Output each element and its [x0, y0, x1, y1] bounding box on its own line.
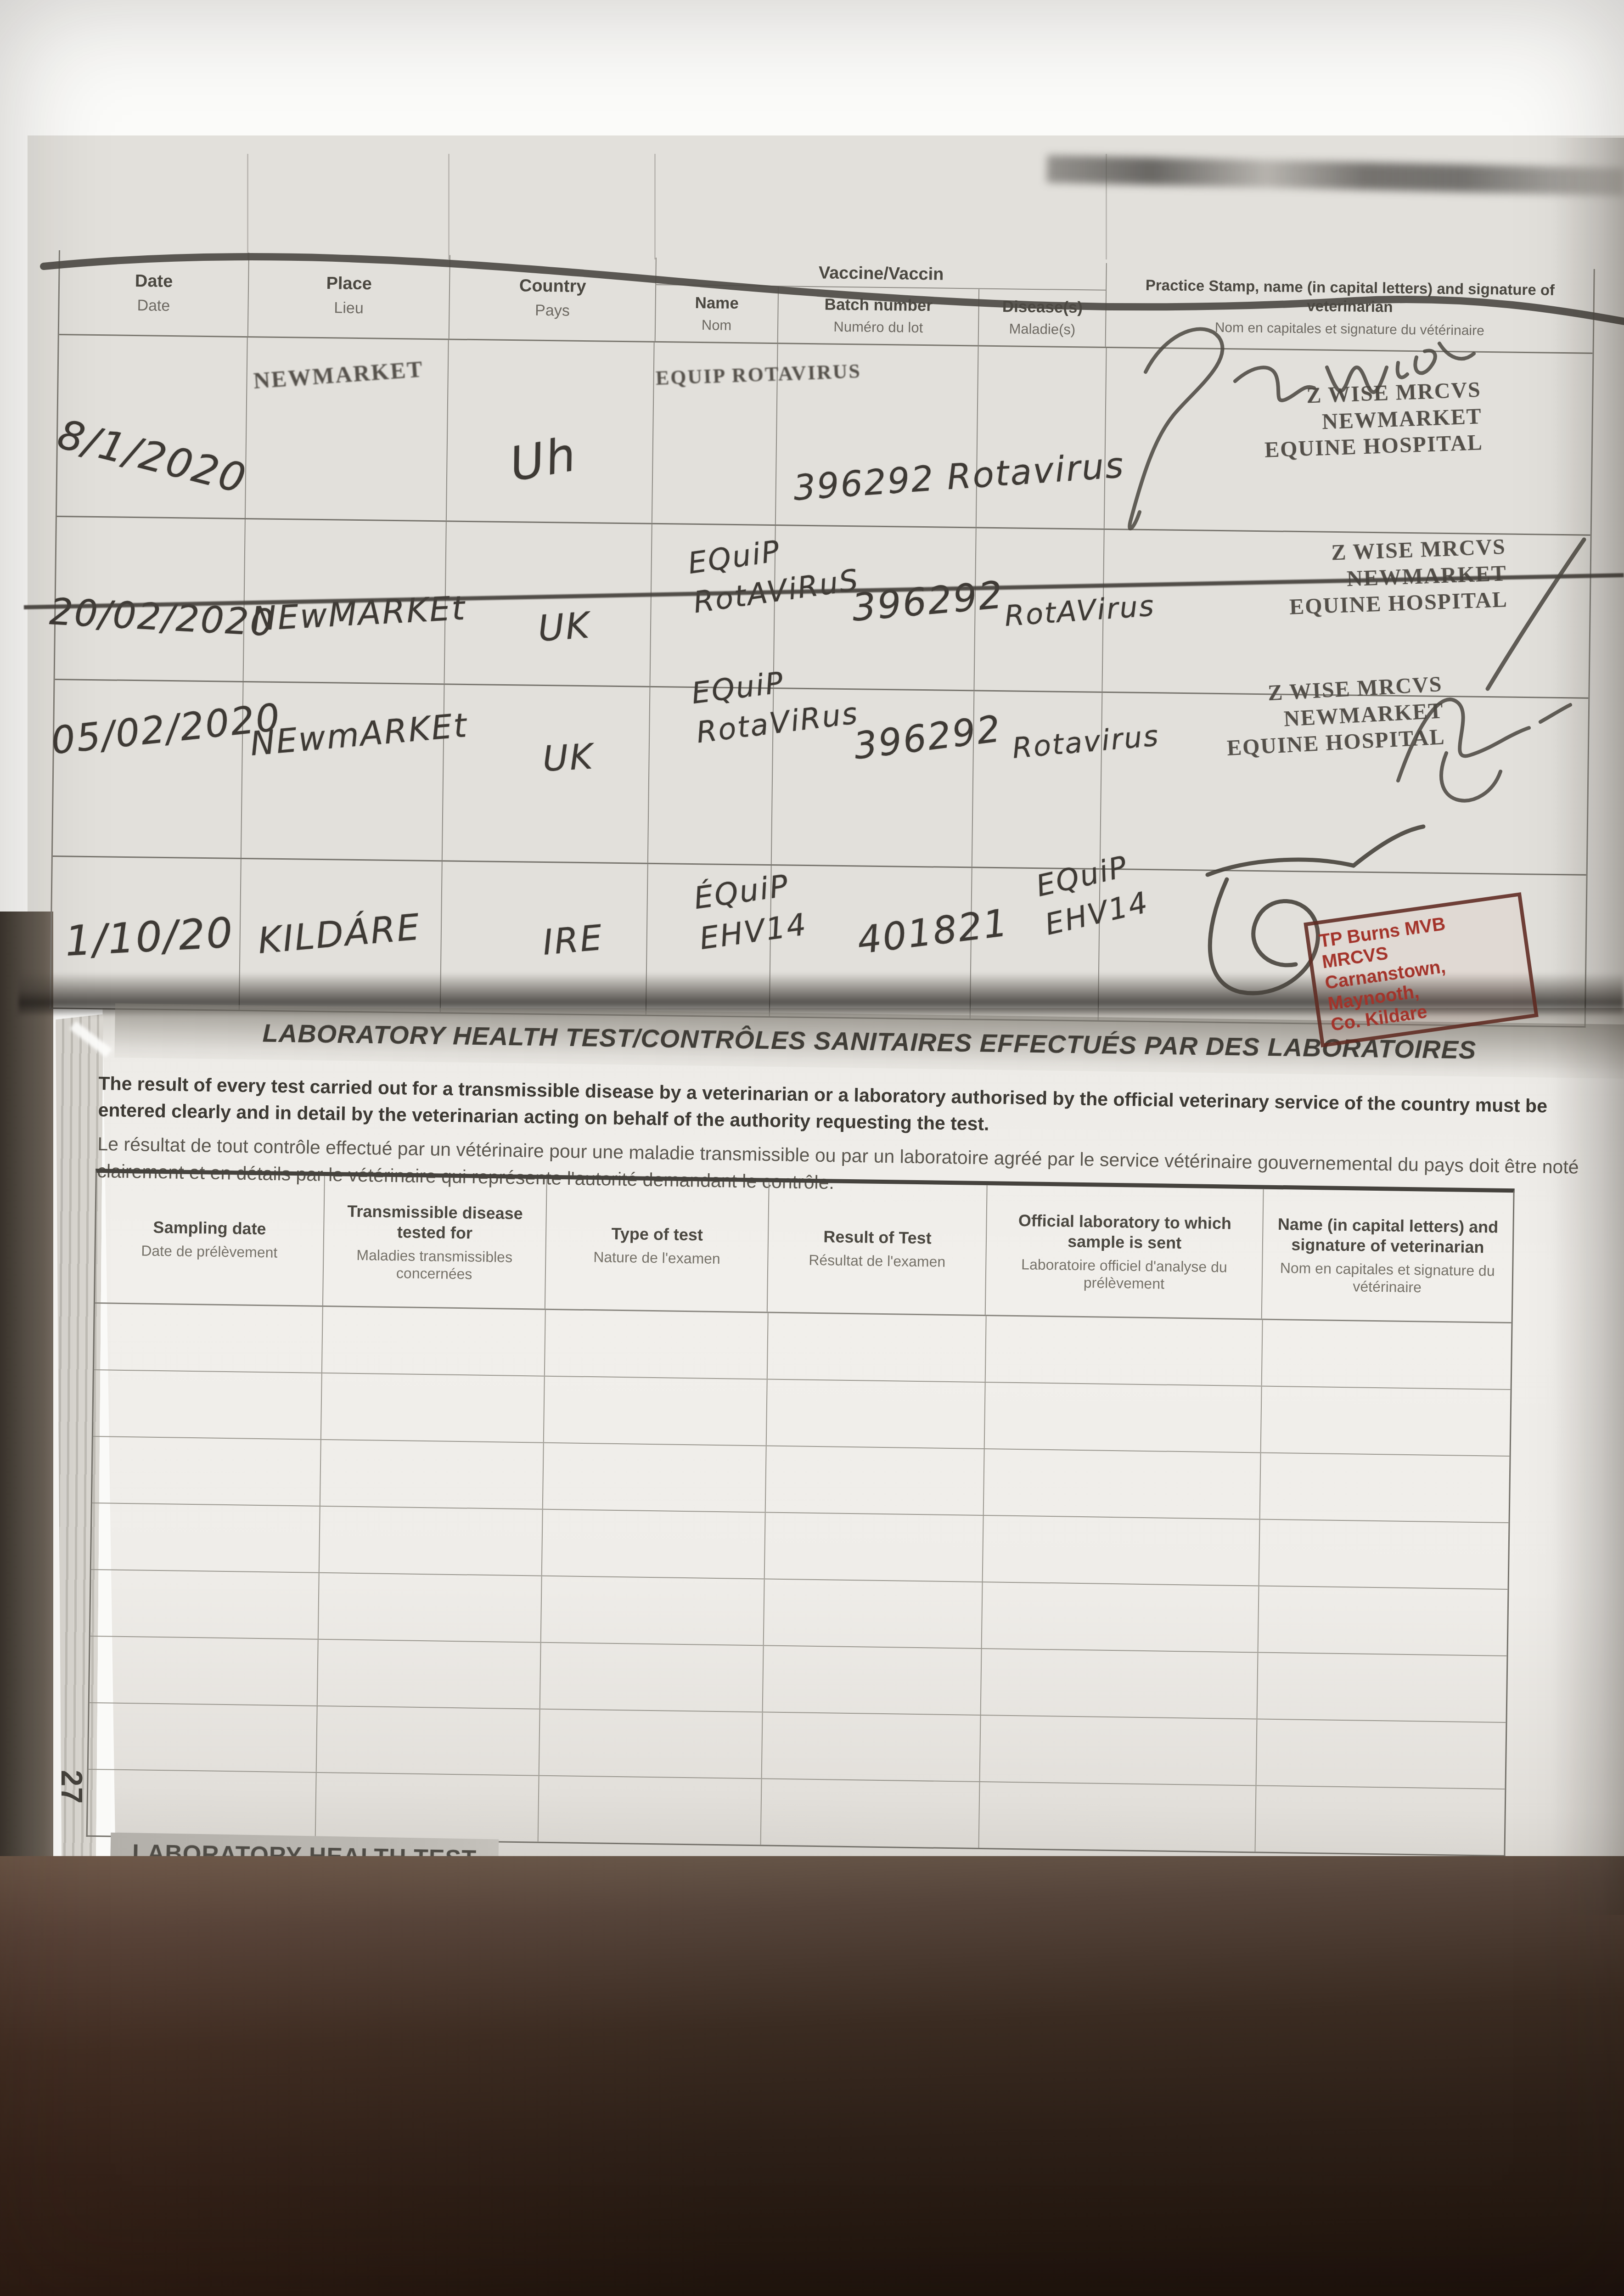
header-batch-en: Batch number	[825, 295, 933, 315]
vaccine-table-cell	[651, 524, 776, 687]
header-date-fr: Date	[137, 297, 170, 315]
header-batch: Batch number Numéro du lot	[778, 287, 980, 345]
header-country: Country Pays	[450, 255, 657, 341]
lab-empty-cell	[1255, 1786, 1505, 1855]
vaccine-table-cell	[1102, 530, 1590, 698]
lab-header-2-fr: Nature de l'examen	[593, 1248, 720, 1267]
lab-empty-cell	[766, 1379, 985, 1448]
header-batch-fr: Numéro du lot	[833, 319, 923, 336]
lab-empty-cell	[986, 1316, 1263, 1385]
vaccine-table: Date Date Place Lieu Country Pays Vaccin…	[50, 250, 1595, 1028]
header-place-en: Place	[326, 274, 372, 294]
header-stamp-fr: Nom en capitales et signature du vétérin…	[1215, 320, 1484, 339]
lab-empty-cell	[1259, 1519, 1508, 1589]
lab-empty-cell	[321, 1373, 545, 1442]
vaccine-table-cell	[443, 685, 651, 862]
lab-header-1-en: Transmissible disease tested for	[331, 1201, 540, 1244]
lab-header-vet-name: Name (in capital letters) and signature …	[1262, 1189, 1513, 1322]
lab-empty-cell	[90, 1637, 319, 1705]
lab-empty-cell	[763, 1646, 982, 1715]
vaccine-table-cell	[57, 335, 248, 518]
header-date-en: Date	[135, 271, 173, 292]
header-country-fr: Pays	[535, 302, 570, 320]
header-disease-en: Disease(s)	[1002, 298, 1083, 317]
lab-empty-cell	[319, 1573, 542, 1642]
header-vaccine-group: Vaccine/Vaccin Name Nom Batch number Num…	[655, 258, 1107, 347]
vaccine-table-cell	[775, 344, 979, 527]
lab-empty-cell	[984, 1449, 1261, 1519]
lab-header-5-fr: Nom en capitales et signature du vétérin…	[1269, 1259, 1506, 1297]
lab-empty-cell	[1258, 1586, 1507, 1655]
vaccine-table-cell	[975, 528, 1105, 691]
lab-empty-cell	[1257, 1653, 1506, 1722]
lab-section-title: LABORATORY HEALTH TEST/CONTRÔLES SANITAI…	[262, 1018, 1477, 1064]
vaccine-table-cell	[652, 343, 778, 524]
lab-header-result: Result of Test Résultat de l'examen	[768, 1182, 988, 1315]
vaccine-table-cell	[1100, 693, 1588, 874]
header-date: Date Date	[59, 250, 249, 336]
lab-empty-cell	[317, 1706, 540, 1775]
lab-empty-cell	[94, 1304, 323, 1373]
lab-empty-cell	[90, 1570, 320, 1639]
lab-header-4-fr: Laboratoire officiel d'analyse du prélèv…	[993, 1255, 1256, 1294]
lab-empty-cell	[1260, 1453, 1509, 1523]
header-country-en: Country	[519, 276, 586, 297]
vaccine-table-cell	[447, 340, 655, 523]
vaccine-table-cell	[242, 682, 445, 860]
lab-empty-cell	[1262, 1320, 1511, 1390]
lab-empty-cell	[764, 1513, 983, 1581]
lab-table-body	[88, 1304, 1512, 1855]
lab-table-header: Sampling date Date de prélèvement Transm…	[95, 1173, 1513, 1323]
ghost-column-line	[247, 154, 248, 259]
vaccine-table-row	[57, 335, 1593, 536]
lab-empty-cell	[91, 1503, 320, 1572]
lab-header-3-en: Result of Test	[823, 1227, 932, 1248]
lab-header-4-en: Official laboratory to which sample is s…	[993, 1210, 1256, 1254]
lab-header-type: Type of test Nature de l'examen	[545, 1179, 770, 1312]
lab-empty-cell	[981, 1649, 1259, 1718]
lab-empty-cell	[979, 1782, 1257, 1851]
header-place-fr: Lieu	[334, 299, 364, 317]
lab-header-0-fr: Date de prélèvement	[141, 1242, 278, 1261]
ghost-column-line	[448, 154, 450, 259]
lab-empty-cell	[320, 1507, 543, 1576]
vaccine-table-cell	[648, 687, 774, 864]
lab-empty-cell	[761, 1779, 980, 1848]
lab-header-2-en: Type of test	[611, 1224, 703, 1245]
lab-empty-cell	[542, 1510, 766, 1579]
lab-empty-cell	[765, 1446, 984, 1515]
lab-header-disease: Transmissible disease tested for Maladie…	[323, 1176, 547, 1309]
lab-empty-cell	[1256, 1719, 1506, 1789]
vaccine-table-cell	[972, 691, 1102, 868]
vaccine-table-row	[55, 517, 1590, 699]
vaccine-table-cell	[445, 522, 652, 686]
vaccine-table-cell	[55, 517, 246, 681]
lab-empty-cell	[540, 1643, 764, 1712]
lab-empty-cell	[539, 1710, 763, 1778]
lab-empty-cell	[538, 1776, 762, 1845]
table-wood-bottom	[0, 1856, 1624, 2296]
lab-empty-cell	[89, 1703, 318, 1772]
lab-empty-cell	[316, 1773, 539, 1842]
lab-empty-cell	[1261, 1387, 1510, 1456]
header-place: Place Lieu	[248, 253, 451, 338]
scanned-passport-photo: Date Date Place Lieu Country Pays Vaccin…	[0, 0, 1624, 2296]
page-right-shading	[1552, 138, 1624, 1915]
lab-empty-cell	[544, 1377, 768, 1446]
page-number: 27	[55, 1770, 89, 1804]
lab-empty-cell	[543, 1443, 767, 1512]
lab-test-table: Sampling date Date de prélèvement Transm…	[86, 1169, 1515, 1857]
vaccine-table-cell	[774, 526, 977, 690]
lab-empty-cell	[767, 1313, 986, 1382]
vaccine-subheaders: Name Nom Batch number Numéro du lot Dise…	[655, 285, 1106, 347]
lab-empty-cell	[93, 1370, 322, 1439]
ghost-column-line	[654, 154, 656, 259]
ghost-column-line	[1106, 154, 1107, 259]
lab-empty-cell	[318, 1640, 541, 1709]
lab-empty-cell	[545, 1310, 769, 1379]
lab-empty-cell	[541, 1576, 765, 1645]
lab-empty-cell	[88, 1770, 317, 1839]
lab-header-0-en: Sampling date	[153, 1217, 266, 1239]
lab-empty-cell	[92, 1437, 321, 1506]
lab-header-3-fr: Résultat de l'examen	[809, 1251, 945, 1271]
lab-header-sampling-date: Sampling date Date de prélèvement	[95, 1173, 325, 1306]
header-stamp-en: Practice Stamp, name (in capital letters…	[1126, 275, 1574, 318]
vaccine-table-cell	[53, 680, 244, 858]
lab-header-5-en: Name (in capital letters) and signature …	[1270, 1214, 1506, 1257]
header-name-fr: Nom	[702, 317, 732, 334]
vaccine-table-cell	[977, 346, 1107, 528]
header-disease: Disease(s) Maladie(s)	[979, 289, 1106, 347]
lab-empty-cell	[762, 1712, 981, 1781]
header-disease-fr: Maladie(s)	[1009, 321, 1075, 338]
lab-empty-cell	[320, 1440, 544, 1509]
lab-header-1-fr: Maladies transmissibles concernées	[330, 1246, 539, 1284]
header-name: Name Nom	[655, 285, 779, 343]
lab-empty-cell	[983, 1516, 1260, 1585]
lab-empty-cell	[982, 1582, 1259, 1652]
header-stamp: Practice Stamp, name (in capital letters…	[1106, 263, 1594, 353]
lab-header-laboratory: Official laboratory to which sample is s…	[986, 1185, 1264, 1318]
lab-empty-cell	[764, 1579, 983, 1648]
vaccine-table-cell	[771, 689, 975, 867]
lab-empty-cell	[980, 1716, 1258, 1785]
vaccine-table-cell	[246, 338, 449, 520]
lab-empty-cell	[322, 1307, 546, 1376]
lab-empty-cell	[985, 1383, 1262, 1452]
vaccine-table-row	[53, 680, 1588, 876]
vaccine-table-cell	[1104, 348, 1592, 535]
header-name-en: Name	[695, 294, 739, 313]
